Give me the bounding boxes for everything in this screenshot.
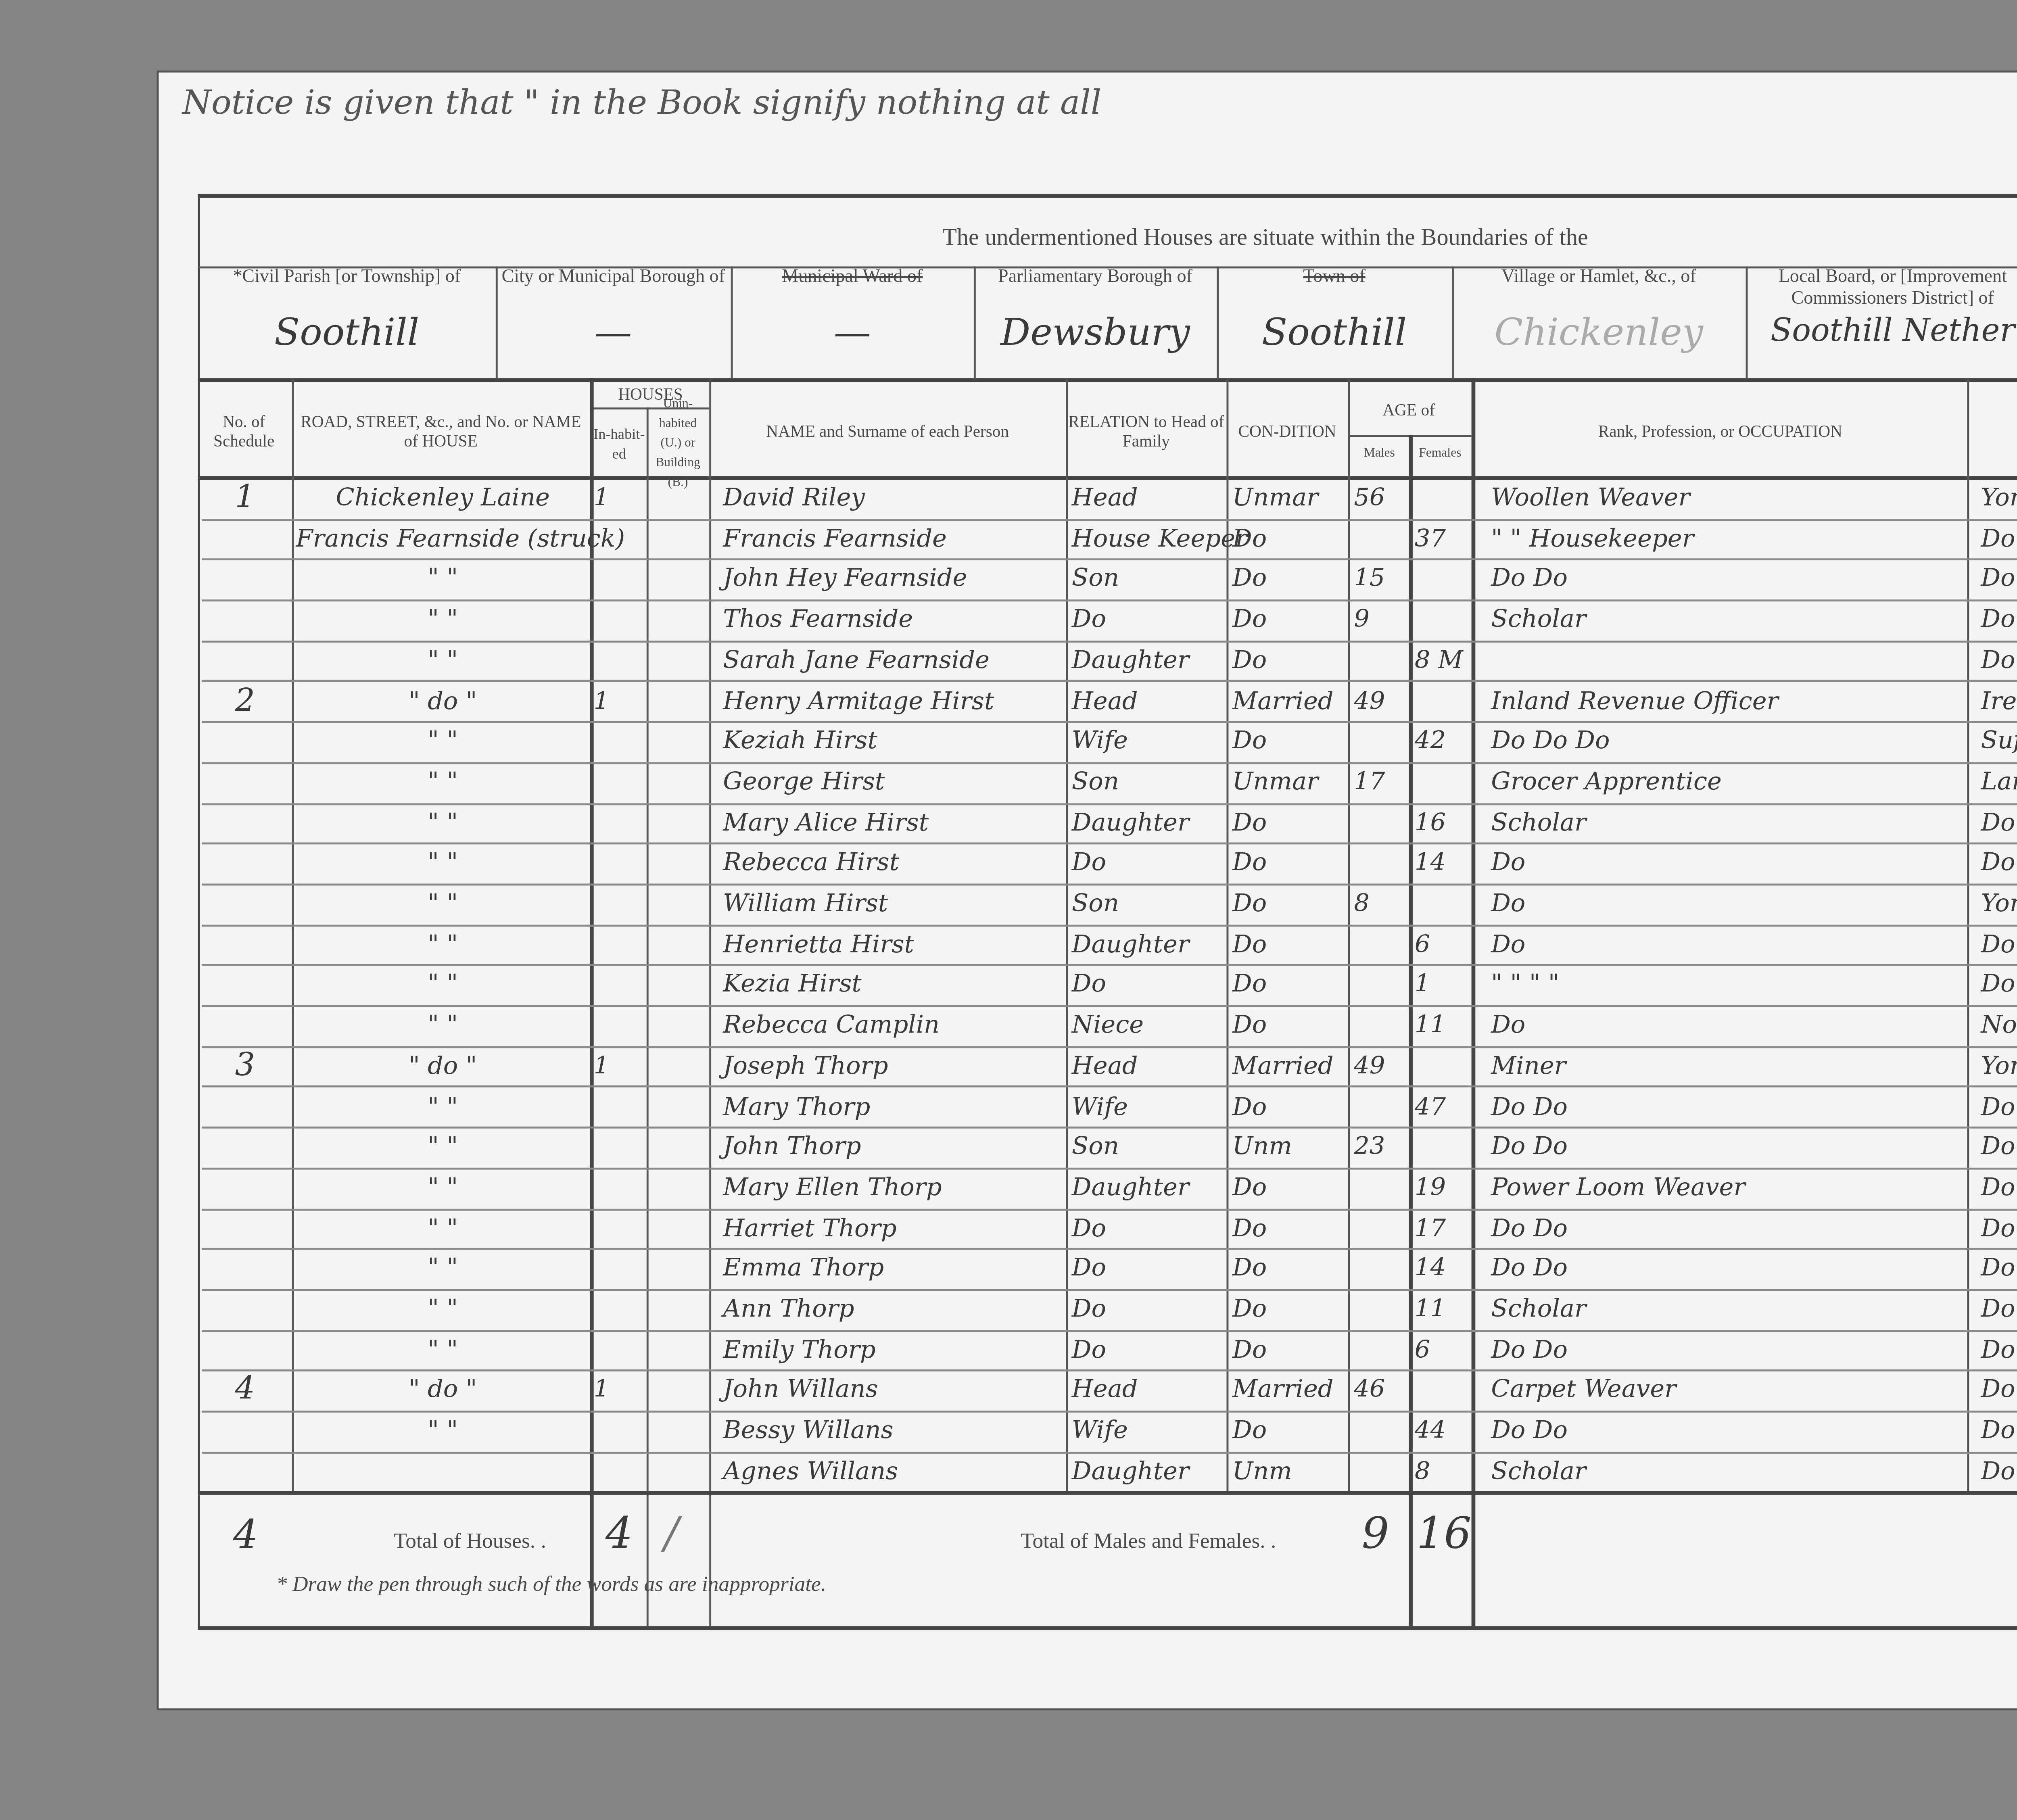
- total-persons-label: Total of Males and Females. .: [1021, 1530, 1276, 1553]
- boundary-local-board: Local Board, or [Improvement Commissione…: [1746, 268, 2017, 378]
- row-uninhabited: [651, 1370, 710, 1411]
- row-relation: Son: [1072, 1127, 1229, 1167]
- row-schedule: [198, 559, 292, 599]
- row-name: Emily Thorp: [723, 1330, 1066, 1370]
- row-relation: Do: [1072, 1208, 1229, 1248]
- total-schedules: 4: [233, 1511, 258, 1558]
- row-name: Bessy Willans: [723, 1411, 1066, 1451]
- row-occupation: Do Do: [1491, 559, 1961, 599]
- row-occupation: Do Do: [1491, 1248, 1961, 1289]
- row-condition: Do: [1232, 721, 1350, 762]
- row-female-age: [1415, 600, 1470, 640]
- row-condition: Do: [1232, 802, 1350, 843]
- table-row: " "Ann ThorpDoDo11ScholarDo Do: [159, 1289, 2017, 1334]
- table-row: " "Bessy WillansWifeDo44Do DoDo Heckmond…: [159, 1411, 2017, 1455]
- row-male-age: [1354, 1167, 1409, 1208]
- row-where-born: Do Leeds: [1981, 1167, 2017, 1208]
- row-relation: Daughter: [1072, 1451, 1229, 1492]
- boundary-value: Dewsbury: [974, 311, 1217, 355]
- row-road: " ": [296, 802, 590, 843]
- row-female-age: [1415, 559, 1470, 599]
- row-inhabited: [594, 1451, 649, 1492]
- row-occupation: Scholar: [1491, 1289, 1961, 1330]
- table-row: " "Emily ThorpDoDo6Do DoDo Wakefield: [159, 1330, 2017, 1374]
- row-male-age: [1354, 1411, 1409, 1451]
- row-schedule: [198, 924, 292, 964]
- row-relation: Niece: [1072, 1005, 1229, 1046]
- row-relation: Wife: [1072, 1411, 1229, 1451]
- row-condition: Do: [1232, 924, 1350, 964]
- row-name: Thos Fearnside: [723, 600, 1066, 640]
- row-condition: Do: [1232, 884, 1350, 924]
- row-occupation: Do: [1491, 924, 1961, 964]
- row-relation: Do: [1072, 1289, 1229, 1330]
- boundary-town: Town of Soothill: [1217, 268, 1452, 378]
- row-uninhabited: [651, 640, 710, 680]
- row-where-born: Do Dodworth: [1981, 1248, 2017, 1289]
- table-row: 2" do "1Henry Armitage HirstHeadMarried4…: [159, 681, 2017, 725]
- table-row: " "Thos FearnsideDoDo9ScholarDo Do: [159, 600, 2017, 644]
- row-road: " ": [296, 1289, 590, 1330]
- row-uninhabited: [651, 762, 710, 802]
- row-where-born: Do Dewsbury: [1981, 1370, 2017, 1411]
- table-row: 3" do "1Joseph ThorpHeadMarried49MinerYo…: [159, 1046, 2017, 1090]
- row-uninhabited: [651, 478, 710, 518]
- row-uninhabited: [651, 681, 710, 721]
- row-schedule: [198, 1005, 292, 1046]
- boundary-label: Local Board, or [Improvement Commissione…: [1746, 268, 2017, 311]
- row-uninhabited: [651, 884, 710, 924]
- row-female-age: 6: [1415, 924, 1470, 964]
- row-relation: Son: [1072, 762, 1229, 802]
- row-male-age: [1354, 721, 1409, 762]
- row-occupation: Inland Revenue Officer: [1491, 681, 1961, 721]
- row-inhabited: [594, 559, 649, 599]
- bottom-rule: [198, 1626, 2017, 1630]
- row-road: " ": [296, 640, 590, 680]
- row-schedule: [198, 1330, 292, 1370]
- row-inhabited: 1: [594, 681, 649, 721]
- row-where-born: Do Horbury: [1981, 1086, 2017, 1127]
- row-female-age: 6: [1415, 1330, 1470, 1370]
- row-road: [296, 1451, 590, 1492]
- row-uninhabited: [651, 721, 710, 762]
- totals-divider: [198, 1491, 2017, 1495]
- row-inhabited: 1: [594, 1046, 649, 1086]
- row-uninhabited: [651, 600, 710, 640]
- row-male-age: [1354, 519, 1409, 559]
- table-row: " "Henrietta HirstDaughterDo6DoDo Chicke…: [159, 924, 2017, 968]
- row-condition: Unm: [1232, 1451, 1350, 1492]
- row-inhabited: [594, 1167, 649, 1208]
- row-male-age: [1354, 924, 1409, 964]
- boundary-value: Chickenley: [1452, 311, 1746, 355]
- table-row: " "Rebecca CamplinNieceDo11DoNorfolk Nor…: [159, 1005, 2017, 1050]
- row-road: " ": [296, 1411, 590, 1451]
- row-schedule: [198, 600, 292, 640]
- boundary-label: *Civil Parish [or Township] of: [198, 268, 496, 290]
- boundary-label: Municipal Ward of: [731, 268, 974, 290]
- row-where-born: Suffolk Bury St Edmunds: [1981, 721, 2017, 762]
- row-inhabited: [594, 1289, 649, 1330]
- row-male-age: 49: [1354, 1046, 1409, 1086]
- row-road: " ": [296, 1208, 590, 1248]
- microfilm-frame: Notice is given that " in the Book signi…: [0, 0, 2017, 1820]
- row-name: John Willans: [723, 1370, 1066, 1411]
- row-male-age: 23: [1354, 1127, 1409, 1167]
- row-name: Ann Thorp: [723, 1289, 1066, 1330]
- row-uninhabited: [651, 559, 710, 599]
- row-condition: Do: [1232, 640, 1350, 680]
- row-condition: Do: [1232, 1086, 1350, 1127]
- row-where-born: Do Do: [1981, 1451, 2017, 1492]
- row-female-age: [1415, 681, 1470, 721]
- table-row: " "Mary Alice HirstDaughterDo16ScholarDo…: [159, 802, 2017, 847]
- row-condition: Unmar: [1232, 762, 1350, 802]
- row-relation: Head: [1072, 1046, 1229, 1086]
- boundary-civil-parish: *Civil Parish [or Township] of Soothill: [198, 268, 496, 378]
- row-where-born: Do Do: [1981, 802, 2017, 843]
- row-female-age: [1415, 1127, 1470, 1167]
- row-condition: Do: [1232, 965, 1350, 1005]
- row-road: " do ": [296, 1046, 590, 1086]
- row-condition: Do: [1232, 1289, 1350, 1330]
- row-female-age: [1415, 1370, 1470, 1411]
- row-road: " ": [296, 1127, 590, 1167]
- row-condition: Do: [1232, 843, 1350, 883]
- row-uninhabited: [651, 519, 710, 559]
- row-road: " ": [296, 924, 590, 964]
- row-where-born: Do Ossett: [1981, 519, 2017, 559]
- row-road: " ": [296, 1005, 590, 1046]
- row-name: Emma Thorp: [723, 1248, 1066, 1289]
- boundary-value: —: [496, 311, 731, 355]
- row-name: Sarah Jane Fearnside: [723, 640, 1066, 680]
- row-name: Henrietta Hirst: [723, 924, 1066, 964]
- row-schedule: [198, 1208, 292, 1248]
- row-schedule: [198, 1289, 292, 1330]
- row-condition: Do: [1232, 1208, 1350, 1248]
- row-schedule: [198, 802, 292, 843]
- row-relation: Son: [1072, 884, 1229, 924]
- row-uninhabited: [651, 1208, 710, 1248]
- row-road: " ": [296, 1167, 590, 1208]
- row-name: John Hey Fearnside: [723, 559, 1066, 599]
- row-uninhabited: [651, 802, 710, 843]
- row-uninhabited: [651, 924, 710, 964]
- table-row: " "Kezia HirstDoDo1" " " "Do Do: [159, 965, 2017, 1009]
- col-occupation: Rank, Profession, or OCCUPATION: [1475, 386, 1965, 474]
- row-name: Agnes Willans: [723, 1451, 1066, 1492]
- boundary-label: Village or Hamlet, &c., of: [1452, 268, 1746, 290]
- boundary-value: —: [731, 311, 974, 355]
- table-row: " "John ThorpSonUnm23Do DoDo Rothwell: [159, 1127, 2017, 1171]
- row-female-age: [1415, 884, 1470, 924]
- row-road: " do ": [296, 1370, 590, 1411]
- row-road: " ": [296, 1248, 590, 1289]
- row-inhabited: [594, 721, 649, 762]
- row-inhabited: [594, 965, 649, 1005]
- row-relation: Son: [1072, 559, 1229, 599]
- divider: [198, 378, 2017, 382]
- boundary-value: Soothill: [198, 311, 496, 355]
- row-male-age: [1354, 1208, 1409, 1248]
- row-uninhabited: [651, 843, 710, 883]
- row-inhabited: [594, 600, 649, 640]
- row-female-age: 19: [1415, 1167, 1470, 1208]
- row-schedule: 2: [198, 681, 292, 721]
- row-male-age: [1354, 802, 1409, 843]
- row-name: Joseph Thorp: [723, 1046, 1066, 1086]
- row-female-age: 16: [1415, 802, 1470, 843]
- row-where-born: Do Carlton: [1981, 1208, 2017, 1248]
- table-row: 4" do "1John WillansHeadMarried46Carpet …: [159, 1370, 2017, 1415]
- table-row: " "John Hey FearnsideSonDo15Do DoDo Do: [159, 559, 2017, 603]
- table-row: " "Keziah HirstWifeDo42Do Do DoSuffolk B…: [159, 721, 2017, 766]
- row-relation: Daughter: [1072, 924, 1229, 964]
- row-name: Francis Fearnside: [723, 519, 1066, 559]
- row-inhabited: [594, 1411, 649, 1451]
- col-age: AGE of: [1350, 386, 1467, 433]
- row-relation: Do: [1072, 843, 1229, 883]
- row-occupation: Do Do: [1491, 1208, 1961, 1248]
- row-road: " ": [296, 559, 590, 599]
- table-row: Francis Fearnside (struck)Francis Fearns…: [159, 519, 2017, 563]
- row-condition: Do: [1232, 1167, 1350, 1208]
- row-male-age: 17: [1354, 762, 1409, 802]
- col-females: Females: [1411, 437, 1470, 472]
- row-occupation: Woollen Weaver: [1491, 478, 1961, 518]
- row-inhabited: [594, 802, 649, 843]
- row-schedule: 3: [198, 1046, 292, 1086]
- row-where-born: Norfolk Norwich: [1981, 1005, 2017, 1046]
- row-male-age: 15: [1354, 559, 1409, 599]
- row-inhabited: [594, 924, 649, 964]
- row-occupation: [1491, 640, 1961, 680]
- row-uninhabited: [651, 1167, 710, 1208]
- notice-annotation: Notice is given that " in the Book signi…: [182, 84, 1101, 123]
- row-inhabited: [594, 640, 649, 680]
- row-occupation: Do: [1491, 884, 1961, 924]
- row-inhabited: [594, 1208, 649, 1248]
- row-road: " ": [296, 762, 590, 802]
- row-female-age: 37: [1415, 519, 1470, 559]
- row-female-age: 11: [1415, 1289, 1470, 1330]
- row-relation: Daughter: [1072, 1167, 1229, 1208]
- row-where-born: Do Do: [1981, 559, 2017, 599]
- row-condition: Do: [1232, 1248, 1350, 1289]
- row-occupation: Do Do: [1491, 1411, 1961, 1451]
- row-occupation: Carpet Weaver: [1491, 1370, 1961, 1411]
- row-female-age: 47: [1415, 1086, 1470, 1127]
- row-female-age: 11: [1415, 1005, 1470, 1046]
- row-schedule: [198, 762, 292, 802]
- row-name: David Riley: [723, 478, 1066, 518]
- row-male-age: [1354, 1451, 1409, 1492]
- row-road: Francis Fearnside (struck): [296, 519, 590, 559]
- boundary-parliamentary-borough: Parliamentary Borough of Dewsbury: [974, 268, 1217, 378]
- row-where-born: Do Chickenley Laine: [1981, 924, 2017, 964]
- table-row: Agnes WillansDaughterUnm8ScholarDo Do: [159, 1451, 2017, 1496]
- row-schedule: 4: [198, 1370, 292, 1411]
- row-name: Mary Thorp: [723, 1086, 1066, 1127]
- row-name: George Hirst: [723, 762, 1066, 802]
- row-occupation: " " " ": [1491, 965, 1961, 1005]
- row-inhabited: [594, 1086, 649, 1127]
- table-row: " "Emma ThorpDoDo14Do DoDo Dodworth: [159, 1248, 2017, 1293]
- row-condition: Do: [1232, 1005, 1350, 1046]
- row-inhabited: 1: [594, 478, 649, 518]
- col-condition: CON-DITION: [1228, 386, 1346, 474]
- row-inhabited: [594, 1248, 649, 1289]
- row-road: " ": [296, 884, 590, 924]
- row-road: " ": [296, 965, 590, 1005]
- row-condition: Do: [1232, 559, 1350, 599]
- row-male-age: [1354, 640, 1409, 680]
- row-name: William Hirst: [723, 884, 1066, 924]
- row-female-age: 17: [1415, 1208, 1470, 1248]
- census-sheet: Notice is given that " in the Book signi…: [159, 73, 2017, 1709]
- row-occupation: Miner: [1491, 1046, 1961, 1086]
- table-row: " "William HirstSonDo8DoYorkshire Ossett…: [159, 884, 2017, 928]
- table-row: " "George HirstSonUnmar17Grocer Apprenti…: [159, 762, 2017, 806]
- row-road: " ": [296, 600, 590, 640]
- row-uninhabited: [651, 1289, 710, 1330]
- row-uninhabited: [651, 1451, 710, 1492]
- row-female-age: [1415, 762, 1470, 802]
- total-females: 16: [1417, 1511, 1472, 1559]
- row-occupation: Do: [1491, 1005, 1961, 1046]
- row-relation: Wife: [1072, 721, 1229, 762]
- row-female-age: 14: [1415, 1248, 1470, 1289]
- col-uninhabited: Unin-habited (U.) or Building (B.): [649, 409, 708, 480]
- table-row: " "Mary Ellen ThorpDaughterDo19Power Loo…: [159, 1167, 2017, 1212]
- row-male-age: 49: [1354, 681, 1409, 721]
- row-male-age: [1354, 1005, 1409, 1046]
- row-female-age: 44: [1415, 1411, 1470, 1451]
- table-row: " "Sarah Jane FearnsideDaughterDo8 MDo D…: [159, 640, 2017, 685]
- row-occupation: Do: [1491, 843, 1961, 883]
- boundary-label: Parliamentary Borough of: [974, 268, 1217, 290]
- col-males: Males: [1350, 437, 1409, 472]
- row-relation: Head: [1072, 478, 1229, 518]
- row-occupation: Scholar: [1491, 802, 1961, 843]
- row-condition: Do: [1232, 1411, 1350, 1451]
- row-where-born: Yorkshire Ossett Street Side: [1981, 884, 2017, 924]
- row-condition: Do: [1232, 519, 1350, 559]
- table-row: " "Harriet ThorpDoDo17Do DoDo Carlton: [159, 1208, 2017, 1252]
- row-road: " ": [296, 1086, 590, 1127]
- row-female-age: [1415, 1046, 1470, 1086]
- col-where-born: WHERE BORN: [1969, 386, 2017, 474]
- row-road: " do ": [296, 681, 590, 721]
- row-name: Henry Armitage Hirst: [723, 681, 1066, 721]
- row-schedule: [198, 1451, 292, 1492]
- row-relation: Head: [1072, 1370, 1229, 1411]
- row-name: Kezia Hirst: [723, 965, 1066, 1005]
- row-schedule: [198, 1248, 292, 1289]
- row-relation: Do: [1072, 965, 1229, 1005]
- row-inhabited: [594, 1127, 649, 1167]
- row-male-age: 8: [1354, 884, 1409, 924]
- row-road: Chickenley Laine: [296, 478, 590, 518]
- row-male-age: 46: [1354, 1370, 1409, 1411]
- row-name: Mary Alice Hirst: [723, 802, 1066, 843]
- row-relation: House Keeper: [1072, 519, 1229, 559]
- row-schedule: [198, 519, 292, 559]
- row-relation: Head: [1072, 681, 1229, 721]
- total-houses-label: Total of Houses. .: [394, 1530, 546, 1553]
- row-condition: Married: [1232, 1046, 1350, 1086]
- row-occupation: Do Do Do: [1491, 721, 1961, 762]
- row-relation: Daughter: [1072, 640, 1229, 680]
- row-relation: Do: [1072, 600, 1229, 640]
- row-name: Keziah Hirst: [723, 721, 1066, 762]
- row-condition: Do: [1232, 600, 1350, 640]
- total-houses-uninhabited: /: [664, 1511, 679, 1559]
- row-relation: Do: [1072, 1248, 1229, 1289]
- row-female-age: 1: [1415, 965, 1470, 1005]
- row-name: John Thorp: [723, 1127, 1066, 1167]
- row-road: " ": [296, 721, 590, 762]
- row-occupation: " " Housekeeper: [1491, 519, 1961, 559]
- row-road: " ": [296, 1330, 590, 1370]
- row-schedule: [198, 843, 292, 883]
- row-where-born: Do Do: [1981, 640, 2017, 680]
- boundary-label: Town of: [1217, 268, 1452, 290]
- boundary-city: City or Municipal Borough of —: [496, 268, 731, 378]
- col-name: NAME and Surname of each Person: [711, 386, 1064, 474]
- row-where-born: Yorkshire Emley: [1981, 1046, 2017, 1086]
- table-row: 1Chickenley Laine1David RileyHeadUnmar56…: [159, 478, 2017, 522]
- row-male-age: [1354, 965, 1409, 1005]
- row-name: Mary Ellen Thorp: [723, 1167, 1066, 1208]
- row-condition: Married: [1232, 681, 1350, 721]
- row-uninhabited: [651, 1046, 710, 1086]
- row-occupation: Power Loom Weaver: [1491, 1167, 1961, 1208]
- row-name: Harriet Thorp: [723, 1208, 1066, 1248]
- row-male-age: 56: [1354, 478, 1409, 518]
- row-name: Rebecca Hirst: [723, 843, 1066, 883]
- row-uninhabited: [651, 1330, 710, 1370]
- row-schedule: [198, 1411, 292, 1451]
- divider: [592, 407, 709, 409]
- boundary-value: Soothill Nether: [1746, 311, 2017, 349]
- row-occupation: Do Do: [1491, 1127, 1961, 1167]
- row-relation: Daughter: [1072, 802, 1229, 843]
- row-uninhabited: [651, 1411, 710, 1451]
- row-schedule: [198, 1167, 292, 1208]
- boundary-municipal-ward: Municipal Ward of —: [731, 268, 974, 378]
- row-where-born: Do Heckmondwike: [1981, 1411, 2017, 1451]
- row-schedule: [198, 1086, 292, 1127]
- table-row: " "Rebecca HirstDoDo14DoDo Ulverstone: [159, 843, 2017, 887]
- row-where-born: Do Wakefield: [1981, 1330, 2017, 1370]
- row-uninhabited: [651, 1005, 710, 1046]
- col-relation: RELATION to Head of Family: [1068, 386, 1225, 474]
- row-male-age: [1354, 1289, 1409, 1330]
- row-male-age: [1354, 1086, 1409, 1127]
- row-inhabited: [594, 1330, 649, 1370]
- row-where-born: Yorkshire Southorp: [1981, 478, 2017, 518]
- boundary-title: The undermentioned Houses are situate wi…: [942, 223, 1588, 253]
- boundary-value: Soothill: [1217, 311, 1452, 355]
- row-where-born: Do Do: [1981, 965, 2017, 1005]
- row-schedule: 1: [198, 478, 292, 518]
- row-male-age: [1354, 1330, 1409, 1370]
- row-female-age: 42: [1415, 721, 1470, 762]
- row-condition: Unm: [1232, 1127, 1350, 1167]
